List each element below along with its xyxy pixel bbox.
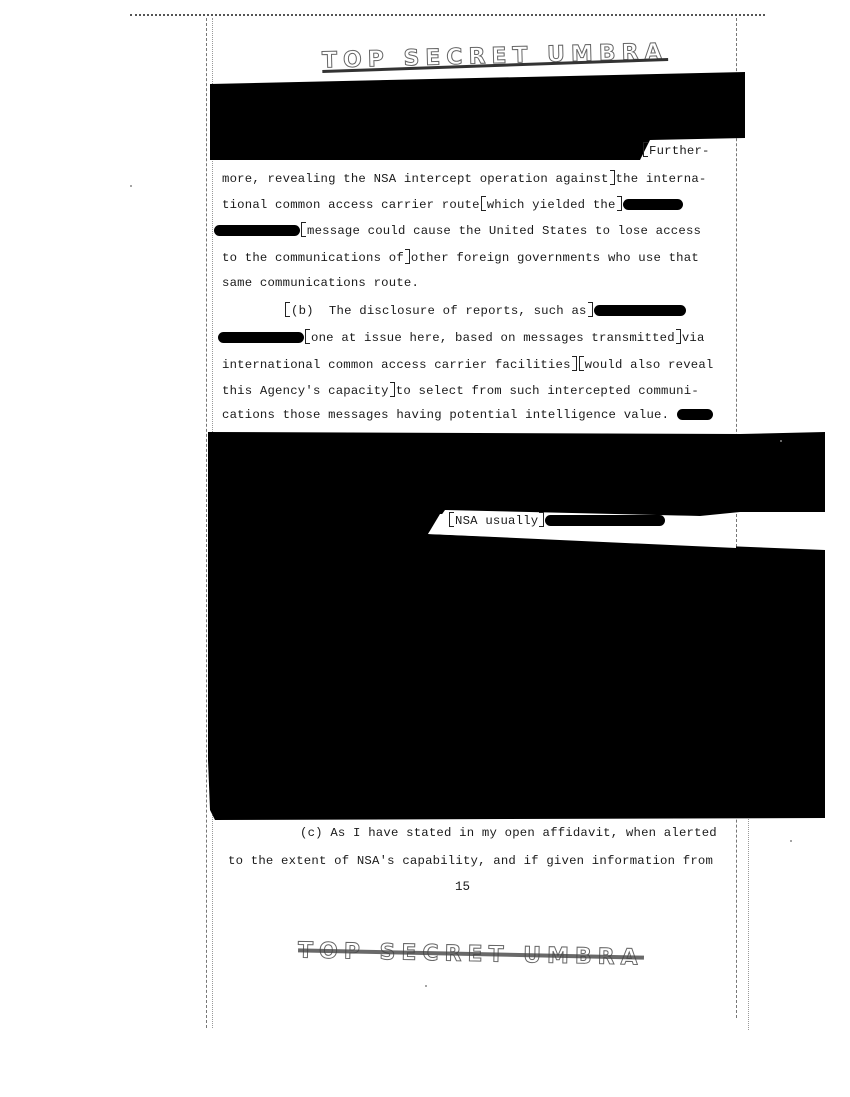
text-line: to the communications ofother foreign go… [222, 249, 699, 265]
scan-speck [780, 440, 782, 442]
redaction-blot [545, 515, 665, 526]
text-line: message could cause the United States to… [214, 222, 701, 238]
text-line: to the extent of NSA's capability, and i… [228, 854, 713, 868]
text-line: (c) As I have stated in my open affidavi… [300, 826, 717, 840]
text-line: same communications route. [222, 276, 419, 290]
text-line: NSA usually [448, 512, 665, 528]
scan-speck [790, 840, 792, 842]
text-line: this Agency's capacityto select from suc… [222, 382, 699, 398]
text-line: more, revealing the NSA intercept operat… [222, 170, 707, 186]
text-line: one at issue here, based on messages tra… [218, 329, 705, 345]
redaction-blot [677, 409, 713, 420]
page-number: 15 [455, 880, 470, 894]
redaction-blot [623, 199, 683, 210]
text-line: international common access carrier faci… [222, 356, 714, 372]
scan-speck [425, 985, 427, 987]
text-line: tional common access carrier routewhich … [222, 196, 683, 212]
text-line: (b) The disclosure of reports, such as [284, 302, 686, 318]
scan-speck [130, 185, 132, 187]
text-line: Further- [642, 142, 710, 158]
redaction-blot [594, 305, 686, 316]
redaction-blot [214, 225, 300, 236]
redaction-blot [218, 332, 304, 343]
redaction-block-top [0, 0, 850, 1097]
text-line: cations those messages having potential … [222, 408, 713, 422]
